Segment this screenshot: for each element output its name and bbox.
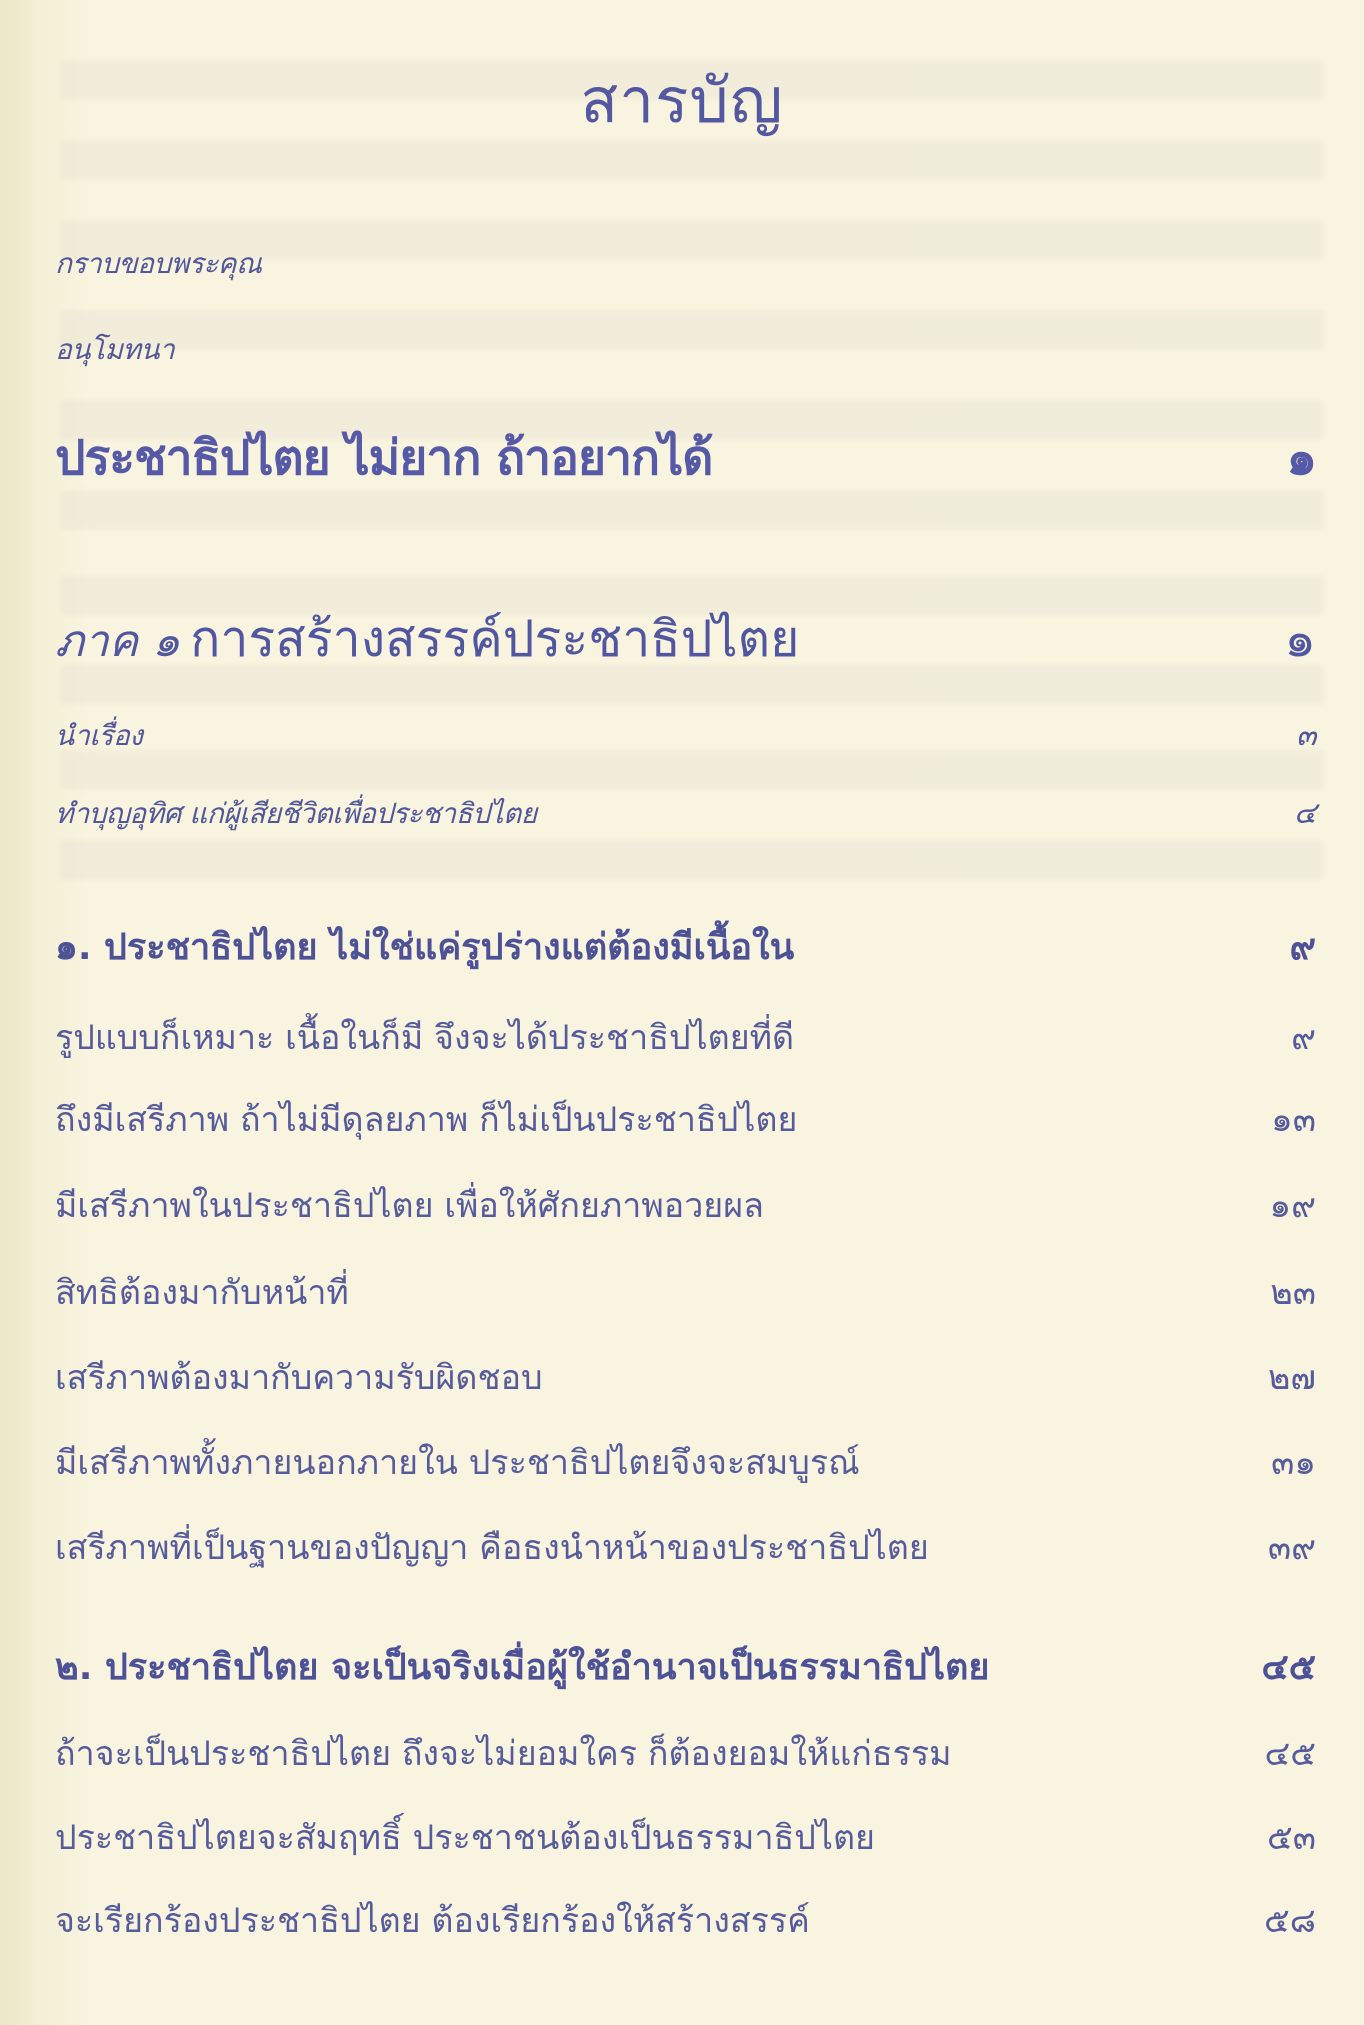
toc-chapter-2[interactable]: ๒. ประชาธิปไตย จะเป็นจริงเมื่อผู้ใช้อำนา… — [55, 1638, 1316, 1695]
toc-entry-dedication[interactable]: ทำบุญอุทิศ แก่ผู้เสียชีวิตเพื่อประชาธิปไ… — [55, 790, 1316, 837]
entry-page: ๒๗ — [1268, 1350, 1316, 1404]
entry-label: เสรีภาพที่เป็นฐานของปัญญา คือธงนำหน้าของ… — [55, 1520, 929, 1574]
bleed-through — [60, 840, 1324, 880]
entry-label: อนุโมทนา — [55, 328, 174, 372]
entry-page: ๔ — [1294, 790, 1316, 837]
entry-page: ๑ — [1287, 420, 1316, 496]
toc-entry-lead-essay[interactable]: ประชาธิปไตย ไม่ยาก ถ้าอยากได้ ๑ — [55, 420, 1316, 496]
entry-page: ๙ — [1290, 918, 1316, 975]
toc-entry-acknowledgement[interactable]: กราบขอบพระคุณ — [55, 242, 1316, 286]
toc-entry[interactable]: ประชาธิปไตยจะสัมฤทธิ์ ประชาชนต้องเป็นธรร… — [55, 1810, 1316, 1864]
chapter-label: ๒. ประชาธิปไตย จะเป็นจริงเมื่อผู้ใช้อำนา… — [55, 1638, 990, 1695]
part-title: การสร้างสรรค์ประชาธิปไตย — [190, 610, 799, 668]
entry-page: ๙ — [1291, 1010, 1316, 1064]
entry-label: จะเรียกร้องประชาธิปไตย ต้องเรียกร้องให้ส… — [55, 1893, 810, 1947]
toc-chapter-1[interactable]: ๑. ประชาธิปไตย ไม่ใช่แค่รูปร่างแต่ต้องมี… — [55, 918, 1316, 975]
entry-label: กราบขอบพระคุณ — [55, 242, 261, 286]
entry-label: รูปแบบก็เหมาะ เนื้อในก็มี จึงจะได้ประชาธ… — [55, 1010, 794, 1064]
entry-label: ถ้าจะเป็นประชาธิปไตย ถึงจะไม่ยอมใคร ก็ต้… — [55, 1726, 952, 1780]
entry-label: ถึงมีเสรีภาพ ถ้าไม่มีดุลยภาพ ก็ไม่เป็นปร… — [55, 1092, 797, 1146]
toc-entry[interactable]: สิทธิต้องมากับหน้าที่ ๒๓ — [55, 1265, 1316, 1319]
entry-page: ๑๓ — [1271, 1092, 1316, 1146]
entry-label: สิทธิต้องมากับหน้าที่ — [55, 1265, 349, 1319]
entry-label: มีเสรีภาพทั้งภายนอกภายใน ประชาธิปไตยจึงจ… — [55, 1435, 860, 1489]
entry-label: มีเสรีภาพในประชาธิปไตย เพื่อให้ศักยภาพอว… — [55, 1178, 764, 1232]
entry-label: ทำบุญอุทิศ แก่ผู้เสียชีวิตเพื่อประชาธิปไ… — [55, 792, 537, 836]
entry-label: ประชาธิปไตยจะสัมฤทธิ์ ประชาชนต้องเป็นธรร… — [55, 1810, 875, 1864]
book-page: สารบัญ กราบขอบพระคุณ อนุโมทนา ประชาธิปไต… — [0, 0, 1364, 2025]
entry-label: ประชาธิปไตย ไม่ยาก ถ้าอยากได้ — [55, 420, 712, 496]
entry-page: ๓๙ — [1268, 1520, 1316, 1574]
toc-entry[interactable]: รูปแบบก็เหมาะ เนื้อในก็มี จึงจะได้ประชาธ… — [55, 1010, 1316, 1064]
toc-entry-intro[interactable]: นำเรื่อง ๓ — [55, 712, 1316, 759]
entry-page: ๑๙ — [1270, 1178, 1316, 1232]
entry-page: ๔๕ — [1265, 1726, 1316, 1780]
entry-label: เสรีภาพต้องมากับความรับผิดชอบ — [55, 1350, 543, 1404]
toc-entry[interactable]: จะเรียกร้องประชาธิปไตย ต้องเรียกร้องให้ส… — [55, 1893, 1316, 1947]
part-heading-label: ภาค ๑การสร้างสรรค์ประชาธิปไตย — [55, 600, 799, 679]
entry-page: ๑ — [1284, 600, 1316, 679]
entry-page: ๓ — [1296, 712, 1316, 759]
entry-page: ๕๓ — [1267, 1810, 1316, 1864]
toc-part-heading[interactable]: ภาค ๑การสร้างสรรค์ประชาธิปไตย ๑ — [55, 600, 1316, 679]
toc-entry[interactable]: ถ้าจะเป็นประชาธิปไตย ถึงจะไม่ยอมใคร ก็ต้… — [55, 1726, 1316, 1780]
page-title: สารบัญ — [0, 52, 1364, 150]
entry-page: ๓๑ — [1271, 1435, 1316, 1489]
entry-page: ๕๘ — [1264, 1893, 1316, 1947]
toc-entry[interactable]: มีเสรีภาพทั้งภายนอกภายใน ประชาธิปไตยจึงจ… — [55, 1435, 1316, 1489]
toc-entry[interactable]: เสรีภาพต้องมากับความรับผิดชอบ ๒๗ — [55, 1350, 1316, 1404]
toc-entry[interactable]: เสรีภาพที่เป็นฐานของปัญญา คือธงนำหน้าของ… — [55, 1520, 1316, 1574]
chapter-label: ๑. ประชาธิปไตย ไม่ใช่แค่รูปร่างแต่ต้องมี… — [55, 918, 794, 975]
entry-page: ๔๕ — [1262, 1638, 1317, 1695]
entry-page: ๒๓ — [1270, 1265, 1316, 1319]
toc-entry[interactable]: ถึงมีเสรีภาพ ถ้าไม่มีดุลยภาพ ก็ไม่เป็นปร… — [55, 1092, 1316, 1146]
entry-label: นำเรื่อง — [55, 714, 142, 758]
toc-entry[interactable]: มีเสรีภาพในประชาธิปไตย เพื่อให้ศักยภาพอว… — [55, 1178, 1316, 1232]
bleed-through — [60, 490, 1324, 530]
toc-entry-anumodana[interactable]: อนุโมทนา — [55, 328, 1316, 372]
part-prefix: ภาค ๑ — [55, 616, 180, 667]
